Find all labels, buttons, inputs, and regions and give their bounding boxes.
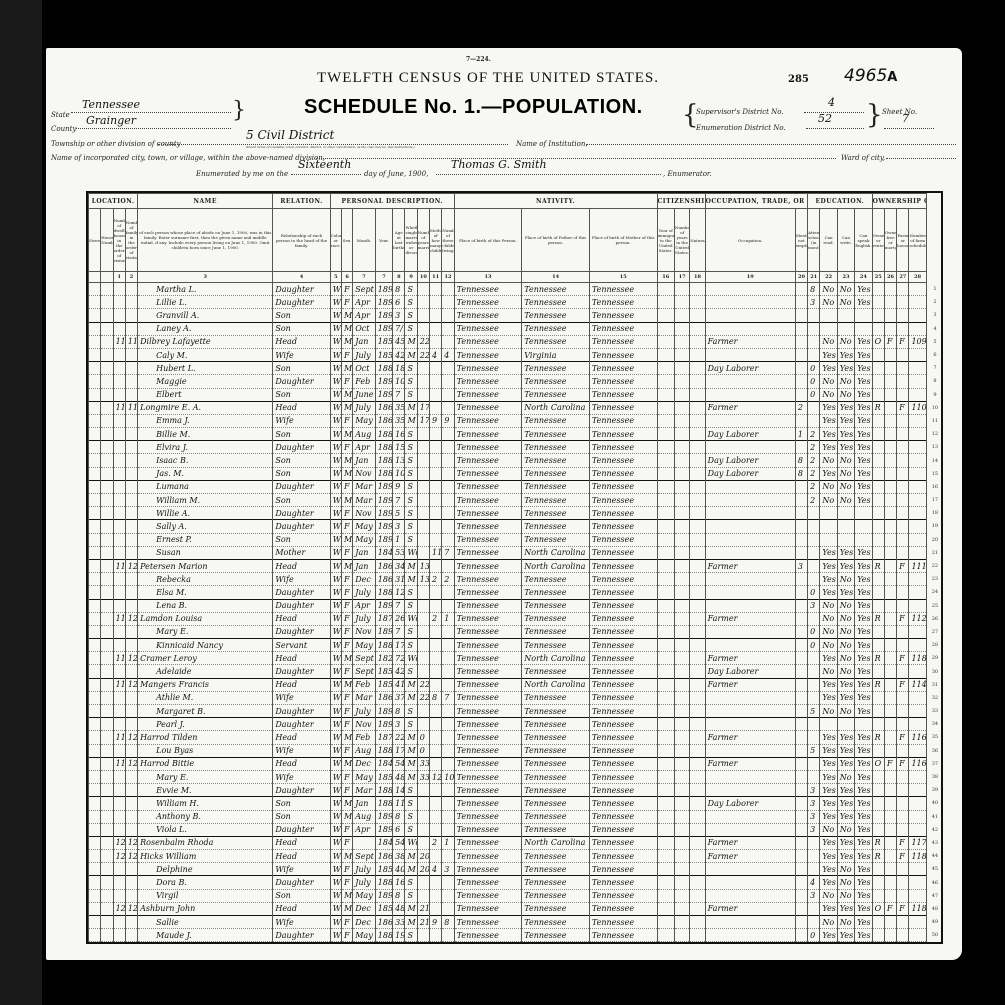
cell-pb: Tennessee [454, 362, 522, 375]
cell-yus [674, 533, 689, 546]
cell-yus [674, 520, 689, 533]
cell-rel: Son [273, 889, 330, 902]
cell-name: Adelaide [138, 665, 273, 678]
cell-mc [430, 559, 442, 572]
cell-imm [657, 494, 674, 507]
cell-yus [674, 388, 689, 401]
cell-rel: Wife [273, 348, 330, 361]
cell-wr: Yes [837, 902, 854, 915]
cell-year: 1890 [375, 375, 392, 388]
cell-rd: No [820, 283, 837, 296]
col-marital: Whether single, married, widowed, or div… [405, 209, 417, 272]
cell-name: Sally A. [138, 520, 273, 533]
cell-month: July [353, 705, 376, 718]
cell-race: W [330, 362, 341, 375]
cell-ym [417, 665, 429, 678]
cell-month: Jan [353, 546, 376, 559]
cell-occ: Farmer [705, 836, 795, 849]
cell-mb: Tennessee [589, 929, 657, 942]
cell-occ: Farmer [705, 335, 795, 348]
cell-house [101, 625, 113, 638]
cell-fm [884, 705, 896, 718]
cell-cl [442, 599, 454, 612]
cell-rd: Yes [820, 546, 837, 559]
cell-rel: Daughter [273, 876, 330, 889]
cell-fm [884, 691, 896, 704]
row-number-gutter [926, 194, 941, 283]
cell-race: W [330, 533, 341, 546]
cell-nat [690, 454, 705, 467]
cell-rd: No [820, 296, 837, 309]
cell-own [872, 375, 884, 388]
cell-mne [795, 810, 807, 823]
cell-n: 16 [926, 480, 941, 493]
township-value: 5 Civil District [246, 128, 334, 142]
cell-age: 19 [393, 929, 405, 942]
cell-ms: M [405, 916, 417, 929]
cell-fam [125, 639, 137, 652]
cell-month: Apr [353, 309, 376, 322]
cell-rd: No [820, 480, 837, 493]
cell-race: W [330, 731, 341, 744]
cell-occ: Farmer [705, 757, 795, 770]
cell-fs [909, 322, 926, 335]
cell-ms: M [405, 348, 417, 361]
cell-imm [657, 705, 674, 718]
cell-own [872, 770, 884, 783]
cell-fm [884, 836, 896, 849]
cell-name: Virgil [138, 889, 273, 902]
cell-race: W [330, 652, 341, 665]
table-row: ElbertSonWMJune18927STennesseeTennesseeT… [89, 388, 942, 401]
cell-dw: 119 [113, 757, 125, 770]
cell-month [353, 836, 376, 849]
column-number: 28 [909, 272, 926, 283]
cell-mc [430, 744, 442, 757]
cell-mb: Tennessee [589, 902, 657, 915]
cell-age: 6 [393, 823, 405, 836]
cell-nat [690, 612, 705, 625]
col-color: Color or race. [330, 209, 341, 272]
cell-cl [442, 731, 454, 744]
cell-dw [113, 744, 125, 757]
cell-en: Yes [855, 401, 872, 414]
cell-rel: Head [273, 902, 330, 915]
cell-mb: Tennessee [589, 586, 657, 599]
cell-mne: 3 [795, 559, 807, 572]
cell-wr: No [837, 705, 854, 718]
cell-sex: M [341, 850, 352, 863]
cell-nat [690, 283, 705, 296]
cell-year: 1891 [375, 480, 392, 493]
cell-sex: M [341, 388, 352, 401]
cell-sch: 0 [808, 625, 820, 638]
cell-rd: Yes [820, 348, 837, 361]
cell-cl [442, 823, 454, 836]
table-row: Athlie M.WifeWFMar186337M2287TennesseeTe… [89, 691, 942, 704]
cell-month: July [353, 348, 376, 361]
cell-race: W [330, 929, 341, 942]
cell-en: Yes [855, 348, 872, 361]
table-row: RebeckaWifeWFDec186831M1322TennesseeTenn… [89, 573, 942, 586]
cell-pb: Tennessee [454, 678, 522, 691]
cell-dw [113, 823, 125, 836]
cell-wr: No [837, 375, 854, 388]
cell-fh [897, 322, 909, 335]
cell-month: May [353, 770, 376, 783]
cell-mc [430, 533, 442, 546]
cell-name: Elsa M. [138, 586, 273, 599]
cell-ym: 17 [417, 414, 429, 427]
cell-race: W [330, 757, 341, 770]
cell-wr: Yes [837, 850, 854, 863]
cell-ym [417, 784, 429, 797]
cell-dw [113, 414, 125, 427]
cell-fb: Virginia [522, 348, 590, 361]
col-years-in-us: Number of years in the United States. [674, 209, 689, 272]
cell-race: W [330, 401, 341, 414]
cell-race: W [330, 639, 341, 652]
cell-mc [430, 586, 442, 599]
cell-sch: 0 [808, 375, 820, 388]
cell-mc [430, 454, 442, 467]
cell-wr: No [837, 296, 854, 309]
cell-fm [884, 559, 896, 572]
cell-fm [884, 428, 896, 441]
cell-wr: No [837, 652, 854, 665]
cell-n: 6 [926, 348, 941, 361]
cell-cl [442, 929, 454, 942]
cell-fam [125, 480, 137, 493]
cell-nat [690, 428, 705, 441]
table-row: Lou ByasWifeWFAug188217M0TennesseeTennes… [89, 744, 942, 757]
cell-fb: Tennessee [522, 573, 590, 586]
cell-en [855, 533, 872, 546]
cell-name: William M. [138, 494, 273, 507]
cell-mc [430, 823, 442, 836]
cell-rd [820, 322, 837, 335]
cell-house [101, 494, 113, 507]
cell-imm [657, 691, 674, 704]
cell-house [101, 929, 113, 942]
cell-month: Apr [353, 599, 376, 612]
cell-wr: Yes [837, 414, 854, 427]
cell-en: Yes [855, 652, 872, 665]
cell-race: W [330, 322, 341, 335]
cell-occ: Farmer [705, 652, 795, 665]
cell-own: O [872, 902, 884, 915]
cell-n: 42 [926, 823, 941, 836]
cell-house [101, 902, 113, 915]
cell-age: 38 [393, 850, 405, 863]
cell-rel: Servant [273, 639, 330, 652]
cell-sch [808, 902, 820, 915]
cell-cl [442, 757, 454, 770]
page-suffix: A [887, 70, 897, 85]
cell-yus [674, 652, 689, 665]
cell-fm [884, 467, 896, 480]
cell-sch: 3 [808, 810, 820, 823]
cell-age: 8 [393, 283, 405, 296]
cell-sch [808, 573, 820, 586]
cell-sex: F [341, 520, 352, 533]
cell-sex: M [341, 494, 352, 507]
cell-age: 16 [393, 876, 405, 889]
page-stamp: 285 [788, 74, 809, 85]
cell-sch: 2 [808, 441, 820, 454]
cell-fam: 126 [125, 836, 137, 849]
ed-line [806, 116, 864, 129]
cell-nat [690, 744, 705, 757]
cell-race: W [330, 902, 341, 915]
cell-month: Mar [353, 494, 376, 507]
cell-fh [897, 823, 909, 836]
cell-mb: Tennessee [589, 652, 657, 665]
cell-sch [808, 507, 820, 520]
cell-sch [808, 335, 820, 348]
cell-age: 5 [393, 507, 405, 520]
cell-ms: S [405, 375, 417, 388]
cell-fm [884, 520, 896, 533]
cell-occ [705, 309, 795, 322]
cell-pb: Tennessee [454, 718, 522, 731]
cell-cl: 2 [442, 573, 454, 586]
cell-mne: 8 [795, 454, 807, 467]
cell-dw [113, 467, 125, 480]
cell-mb: Tennessee [589, 599, 657, 612]
cell-name: Margaret B. [138, 705, 273, 718]
cell-mb: Tennessee [589, 705, 657, 718]
table-row: Sally A.DaughterWFMay18973STennesseeTenn… [89, 520, 942, 533]
cell-fh [897, 348, 909, 361]
cell-nat [690, 507, 705, 520]
cell-mb: Tennessee [589, 520, 657, 533]
cell-fs [909, 639, 926, 652]
cell-imm [657, 850, 674, 863]
cell-ym [417, 309, 429, 322]
cell-month: July [353, 876, 376, 889]
column-number: 15 [589, 272, 657, 283]
cell-rd: Yes [820, 731, 837, 744]
cell-yus [674, 454, 689, 467]
cell-street [89, 612, 101, 625]
table-row: Maude J.DaughterWFMay188119STennesseeTen… [89, 929, 942, 942]
cell-en: Yes [855, 388, 872, 401]
cell-fm [884, 401, 896, 414]
cell-year: 1899 [375, 322, 392, 335]
cell-cl [442, 744, 454, 757]
cell-en: Yes [855, 454, 872, 467]
cell-fs [909, 283, 926, 296]
cell-imm [657, 599, 674, 612]
cell-name: Hubert L. [138, 362, 273, 375]
cell-cl [442, 362, 454, 375]
cell-age: 22 [393, 731, 405, 744]
cell-mc [430, 639, 442, 652]
cell-occ [705, 705, 795, 718]
cell-mne [795, 678, 807, 691]
cell-ym [417, 586, 429, 599]
col-mother-of: Mother of how many children. [430, 209, 442, 272]
cell-en: Yes [855, 362, 872, 375]
cell-yus [674, 494, 689, 507]
cell-age: 45 [393, 335, 405, 348]
cell-age: 54 [393, 757, 405, 770]
cell-race: W [330, 441, 341, 454]
cell-name: Dora B. [138, 876, 273, 889]
cell-wr: No [837, 467, 854, 480]
cell-wr [837, 309, 854, 322]
table-row: William M.SonWMMar18937STennesseeTenness… [89, 494, 942, 507]
table-row: Ernest P.SonWMMay18991STennesseeTennesse… [89, 533, 942, 546]
group-name: NAME [138, 194, 273, 209]
cell-own [872, 744, 884, 757]
cell-fs: 116 [909, 757, 926, 770]
cell-mb: Tennessee [589, 414, 657, 427]
cell-n: 10 [926, 401, 941, 414]
cell-house [101, 599, 113, 612]
cell-wr: No [837, 876, 854, 889]
cell-ms: M [405, 401, 417, 414]
city-line [316, 146, 836, 159]
cell-own: O [872, 335, 884, 348]
cell-fs [909, 428, 926, 441]
cell-cl [442, 375, 454, 388]
cell-cl: 7 [442, 691, 454, 704]
cell-age: 42 [393, 348, 405, 361]
cell-dw [113, 546, 125, 559]
cell-fh [897, 494, 909, 507]
cell-rd: No [820, 494, 837, 507]
cell-fs [909, 586, 926, 599]
column-number: 22 [820, 272, 837, 283]
cell-year: 1887 [375, 586, 392, 599]
cell-mne [795, 902, 807, 915]
cell-dw [113, 573, 125, 586]
cell-sch: 5 [808, 744, 820, 757]
cell-mb: Tennessee [589, 362, 657, 375]
cell-street [89, 625, 101, 638]
cell-street [89, 507, 101, 520]
cell-dw [113, 480, 125, 493]
cell-fm [884, 414, 896, 427]
cell-ms: Wd [405, 652, 417, 665]
cell-fam [125, 744, 137, 757]
cell-sex: F [341, 836, 352, 849]
cell-year: 1893 [375, 625, 392, 638]
cell-mb: Tennessee [589, 691, 657, 704]
cell-own: R [872, 612, 884, 625]
cell-fs [909, 705, 926, 718]
cell-ms: M [405, 757, 417, 770]
cell-wr: Yes [837, 810, 854, 823]
cell-wr [837, 322, 854, 335]
col-children-living: Number of these children living. [442, 209, 454, 272]
cell-pb: Tennessee [454, 348, 522, 361]
cell-sex: M [341, 797, 352, 810]
cell-fm: F [884, 335, 896, 348]
cell-sch [808, 612, 820, 625]
cell-fam [125, 494, 137, 507]
cell-dw [113, 283, 125, 296]
cell-fm [884, 441, 896, 454]
cell-race: W [330, 467, 341, 480]
cell-cl [442, 559, 454, 572]
group-occupation: OCCUPATION, TRADE, OR PROFESSION [705, 194, 807, 209]
cell-fm [884, 718, 896, 731]
cell-wr [837, 718, 854, 731]
cell-sex: F [341, 507, 352, 520]
cell-year: 1897 [375, 309, 392, 322]
table-row: DelphineWifeWFJuly185940M2043TennesseeTe… [89, 863, 942, 876]
cell-sch: 2 [808, 480, 820, 493]
cell-pb: Tennessee [454, 836, 522, 849]
cell-occ [705, 823, 795, 836]
cell-mc [430, 494, 442, 507]
cell-cl [442, 296, 454, 309]
cell-age: 31 [393, 573, 405, 586]
cell-mc [430, 441, 442, 454]
schedule-title: SCHEDULE No. 1.—POPULATION. [304, 96, 643, 119]
cell-fam [125, 283, 137, 296]
cell-rd: No [820, 705, 837, 718]
cell-nat [690, 599, 705, 612]
cell-nat [690, 652, 705, 665]
cell-name: Lena B. [138, 599, 273, 612]
cell-wr: No [837, 863, 854, 876]
cell-name: Longmire E. A. [138, 401, 273, 414]
cell-own [872, 283, 884, 296]
cell-fb: Tennessee [522, 586, 590, 599]
cell-ym [417, 362, 429, 375]
cell-fb: Tennessee [522, 612, 590, 625]
cell-yus [674, 863, 689, 876]
col-house-number: House Number. [101, 209, 113, 272]
cell-street [89, 678, 101, 691]
cell-month: May [353, 929, 376, 942]
cell-imm [657, 929, 674, 942]
cell-ym [417, 375, 429, 388]
cell-wr: Yes [837, 836, 854, 849]
cell-imm [657, 454, 674, 467]
cell-yus [674, 797, 689, 810]
cell-race: W [330, 309, 341, 322]
cell-mb: Tennessee [589, 797, 657, 810]
cell-n: 9 [926, 388, 941, 401]
table-row: 122128Ashburn JohnHeadWMDec185148M21Tenn… [89, 902, 942, 915]
cell-race: W [330, 823, 341, 836]
cell-en: Yes [855, 902, 872, 915]
table-row: 114120Petersen MarionHeadWMJan186634M13T… [89, 559, 942, 572]
cell-own [872, 322, 884, 335]
cell-yus [674, 757, 689, 770]
cell-fam: 125 [125, 757, 137, 770]
cell-yus [674, 850, 689, 863]
cell-own [872, 520, 884, 533]
cell-fh [897, 388, 909, 401]
cell-ym: 21 [417, 902, 429, 915]
cell-sch: 3 [808, 296, 820, 309]
cell-wr: Yes [837, 441, 854, 454]
cell-fs [909, 296, 926, 309]
cell-cl [442, 283, 454, 296]
cell-occ: Day Laborer [705, 454, 795, 467]
col-owned-rented: Owned or rented. [872, 209, 884, 272]
cell-yus [674, 718, 689, 731]
table-row: 113119Longmire E. A.HeadWMJuly186435M17T… [89, 401, 942, 414]
column-number: 12 [442, 272, 454, 283]
cell-race: W [330, 573, 341, 586]
